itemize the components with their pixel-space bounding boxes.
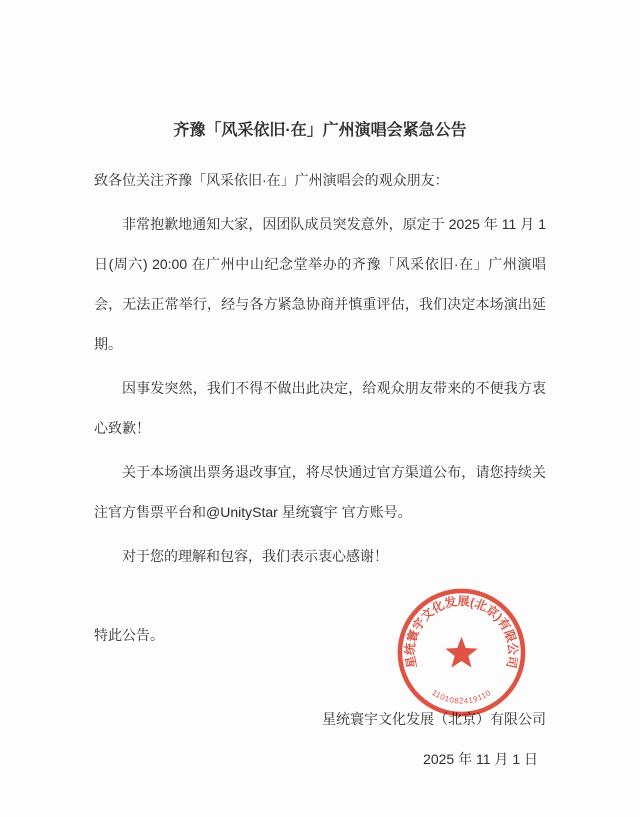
body-paragraph-2: 因事发突然，我们不得不做出此决定，给观众朋友带来的不便我方衷心致歉！ bbox=[94, 368, 546, 448]
closing-line: 特此公告。 bbox=[94, 615, 546, 655]
salutation-line: 致各位关注齐豫「风采依旧·在」广州演唱会的观众朋友： bbox=[94, 160, 546, 200]
signature-company: 星统寰宇文化发展（北京）有限公司 bbox=[94, 699, 546, 739]
signature-date: 2025 年 11 月 1 日 bbox=[94, 739, 538, 779]
announcement-document: 齐豫「风采依旧·在」广州演唱会紧急公告 致各位关注齐豫「风采依旧·在」广州演唱会… bbox=[0, 0, 640, 779]
body-paragraph-3: 关于本场演出票务退改事宜，将尽快通过官方渠道公布，请您持续关注官方售票平台和@U… bbox=[94, 452, 546, 532]
body-paragraph-1: 非常抱歉地通知大家，因团队成员突发意外，原定于 2025 年 11 月 1 日(… bbox=[94, 204, 546, 364]
body-paragraph-4: 对于您的理解和包容，我们表示衷心感谢！ bbox=[94, 536, 546, 576]
page-title: 齐豫「风采依旧·在」广州演唱会紧急公告 bbox=[94, 118, 546, 144]
